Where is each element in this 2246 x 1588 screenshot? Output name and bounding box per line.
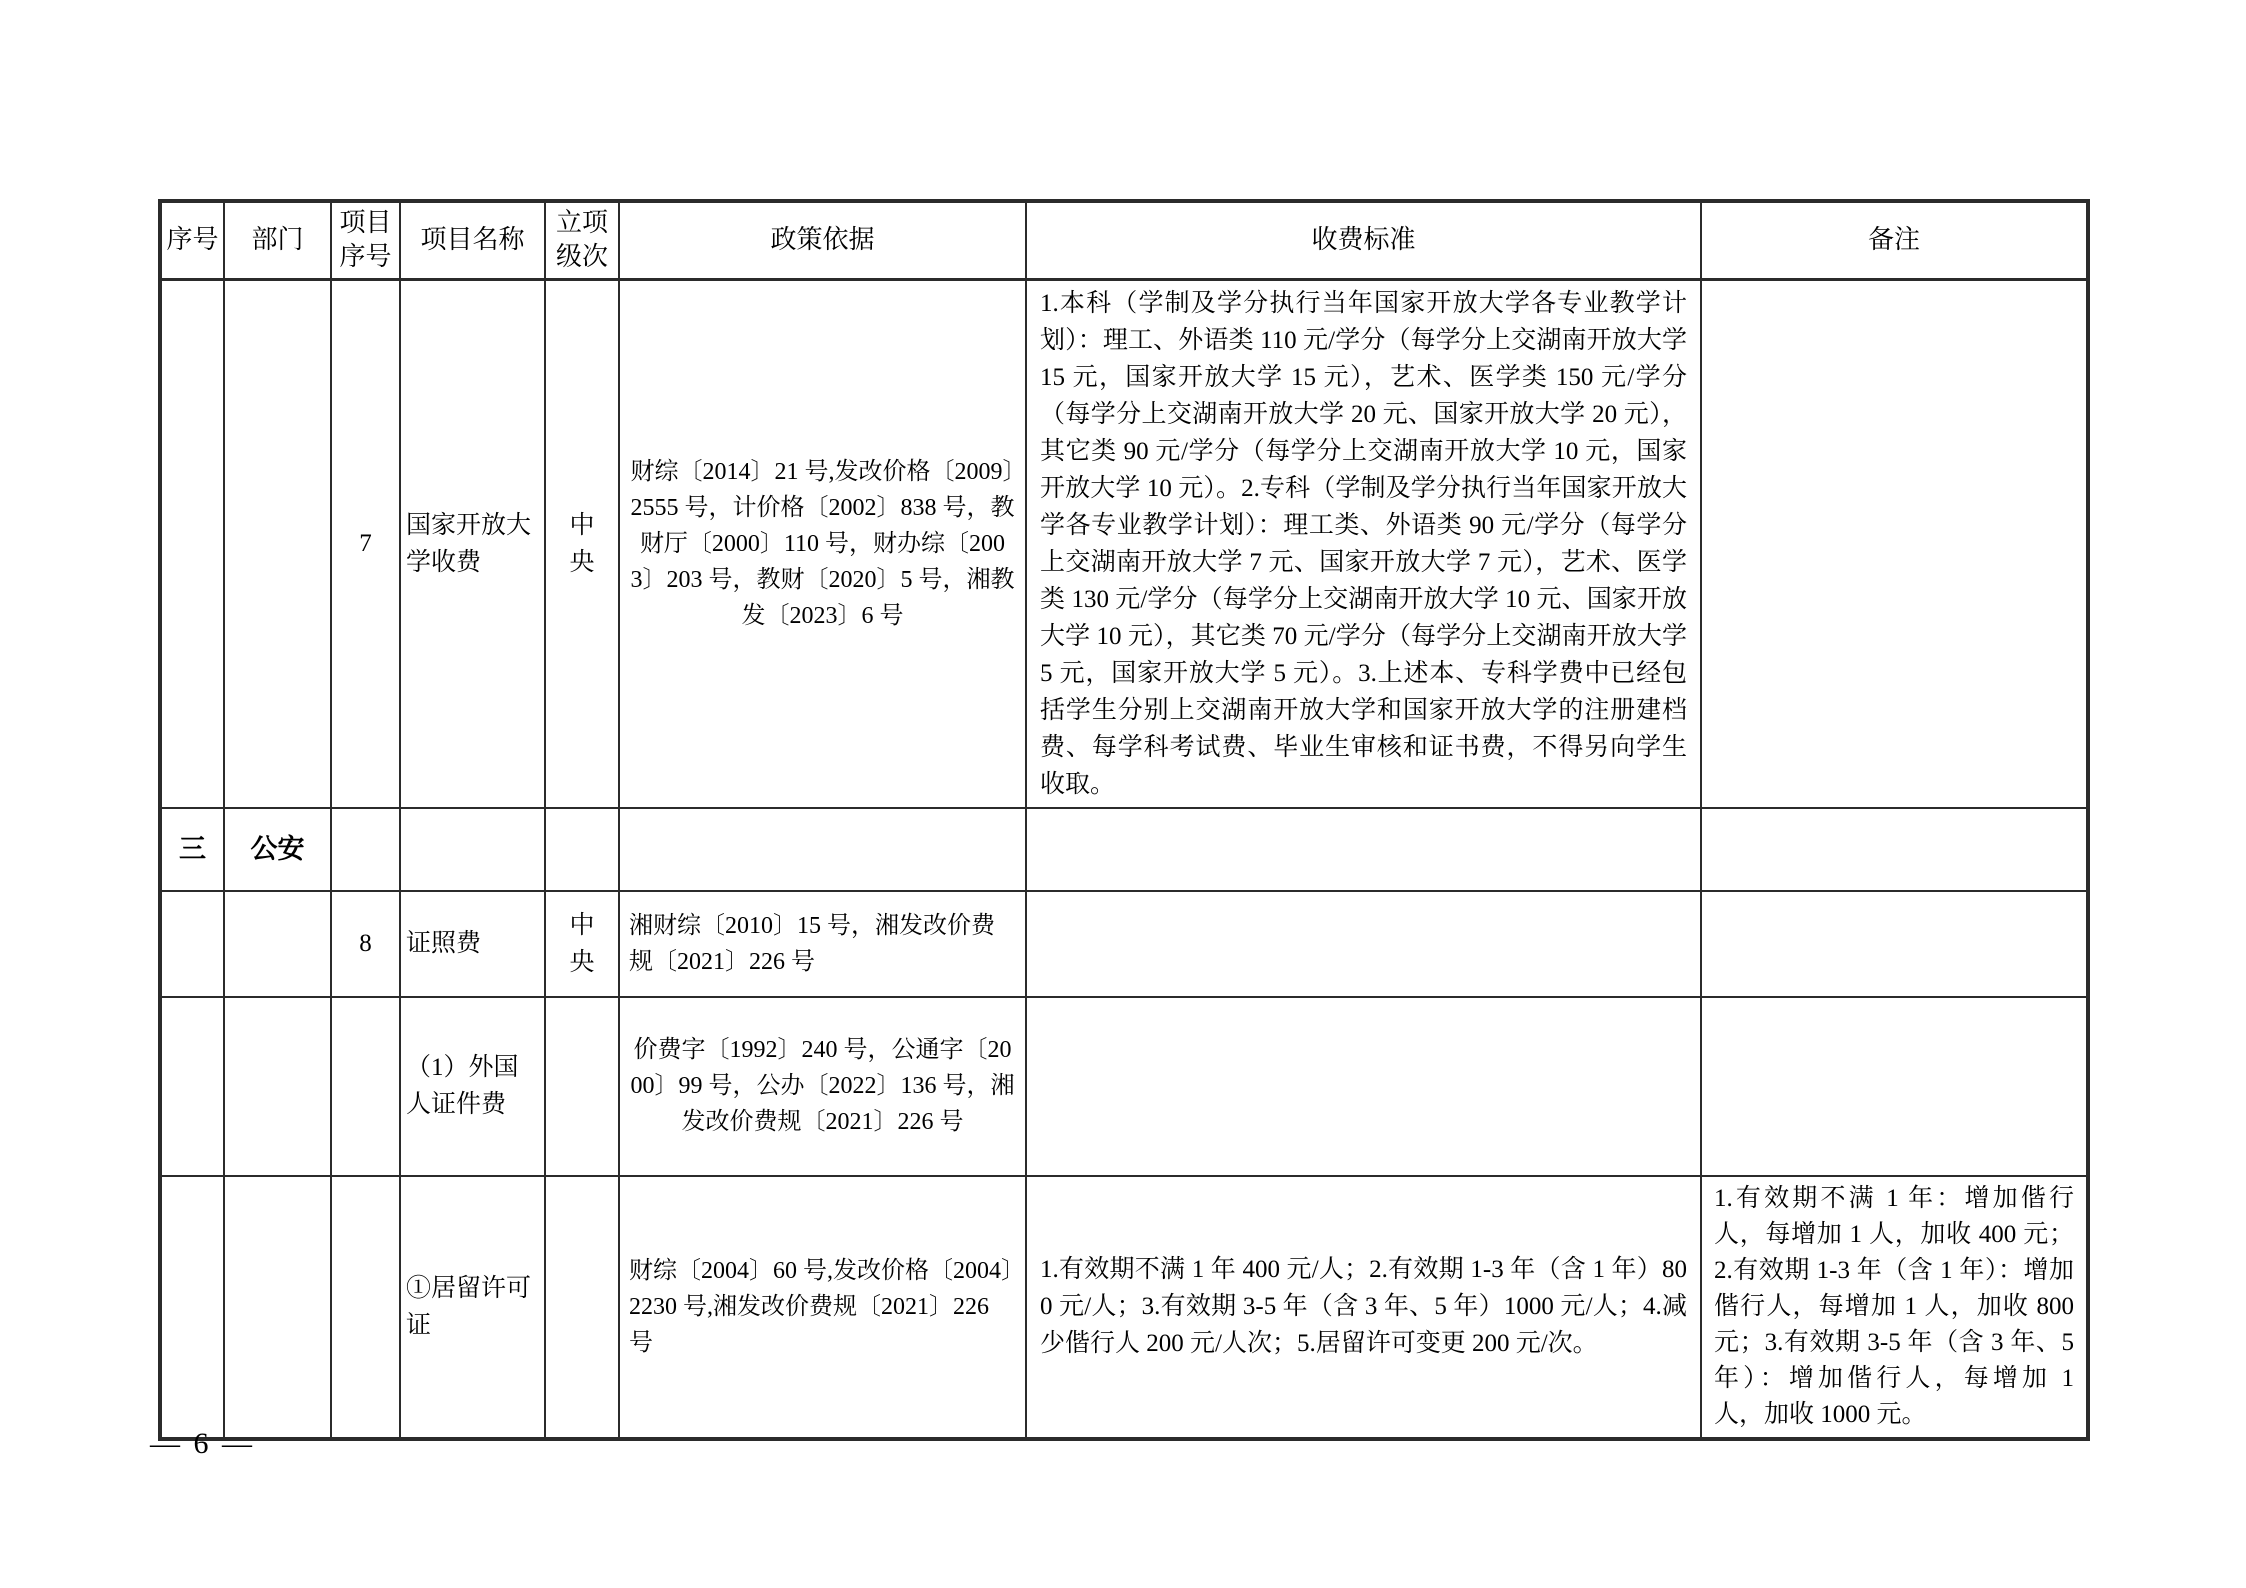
- cell-item-name: 证照费: [400, 891, 545, 997]
- cell-policy-basis: 湘财综〔2010〕15 号，湘发改价费规〔2021〕226 号: [619, 891, 1026, 997]
- fee-schedule-table: 序号 部门 项目 序号 项目名称 立项 级次 政策依据 收费标准 备注 7 国家…: [158, 199, 2090, 1441]
- cell-seq: [160, 1176, 224, 1439]
- header-remark: 备注: [1701, 201, 2088, 279]
- header-level: 立项 级次: [545, 201, 619, 279]
- cell-dept: [224, 997, 331, 1176]
- cell-item-no: [331, 808, 400, 891]
- table-row-section-gongan: 三 公安: [160, 808, 2088, 891]
- cell-seq: [160, 891, 224, 997]
- table-row-foreigner-certificate-fee: （1）外国人证件费 价费字〔1992〕240 号，公通字〔2000〕99 号，公…: [160, 997, 2088, 1176]
- cell-item-name: [400, 808, 545, 891]
- cell-policy-basis: [619, 808, 1026, 891]
- cell-policy-basis: 价费字〔1992〕240 号，公通字〔2000〕99 号，公办〔2022〕136…: [619, 997, 1026, 1176]
- cell-dept: [224, 1176, 331, 1439]
- cell-seq: [160, 997, 224, 1176]
- cell-remark: [1701, 891, 2088, 997]
- cell-item-no: 7: [331, 279, 400, 808]
- cell-remark: 1.有效期不满 1 年：增加偕行人，每增加 1 人，加收 400 元；2.有效期…: [1701, 1176, 2088, 1439]
- cell-fee-standard: [1026, 808, 1701, 891]
- document-page: { "page": { "footer_page_number": "— 6 —…: [0, 0, 2246, 1588]
- cell-remark: [1701, 808, 2088, 891]
- header-seq: 序号: [160, 201, 224, 279]
- table-row-residence-permit: ①居留许可证 财综〔2004〕60 号,发改价格〔2004〕2230 号,湘发改…: [160, 1176, 2088, 1439]
- cell-level: [545, 997, 619, 1176]
- cell-level: 中央: [545, 891, 619, 997]
- cell-item-no: [331, 1176, 400, 1439]
- cell-fee-standard: 1.本科（学制及学分执行当年国家开放大学各专业教学计划）：理工、外语类 110 …: [1026, 279, 1701, 808]
- cell-fee-standard: [1026, 891, 1701, 997]
- cell-level: [545, 1176, 619, 1439]
- cell-remark: [1701, 997, 2088, 1176]
- cell-item-name: （1）外国人证件费: [400, 997, 545, 1176]
- cell-fee-standard: [1026, 997, 1701, 1176]
- cell-item-no: [331, 997, 400, 1176]
- header-item-no: 项目 序号: [331, 201, 400, 279]
- table-row-item-7: 7 国家开放大学收费 中央 财综〔2014〕21 号,发改价格〔2009〕255…: [160, 279, 2088, 808]
- cell-level: 中央: [545, 279, 619, 808]
- cell-dept: [224, 279, 331, 808]
- header-dept: 部门: [224, 201, 331, 279]
- cell-item-name: ①居留许可证: [400, 1176, 545, 1439]
- cell-dept: [224, 891, 331, 997]
- cell-remark: [1701, 279, 2088, 808]
- cell-seq: 三: [160, 808, 224, 891]
- header-policy-basis: 政策依据: [619, 201, 1026, 279]
- page-number: — 6 —: [150, 1427, 255, 1461]
- cell-fee-standard: 1.有效期不满 1 年 400 元/人；2.有效期 1-3 年（含 1 年）80…: [1026, 1176, 1701, 1439]
- table-header-row: 序号 部门 项目 序号 项目名称 立项 级次 政策依据 收费标准 备注: [160, 201, 2088, 279]
- cell-item-no: 8: [331, 891, 400, 997]
- header-fee-standard: 收费标准: [1026, 201, 1701, 279]
- cell-level: [545, 808, 619, 891]
- cell-policy-basis: 财综〔2014〕21 号,发改价格〔2009〕2555 号，计价格〔2002〕8…: [619, 279, 1026, 808]
- cell-seq: [160, 279, 224, 808]
- table-row-item-8: 8 证照费 中央 湘财综〔2010〕15 号，湘发改价费规〔2021〕226 号: [160, 891, 2088, 997]
- cell-policy-basis: 财综〔2004〕60 号,发改价格〔2004〕2230 号,湘发改价费规〔202…: [619, 1176, 1026, 1439]
- cell-item-name: 国家开放大学收费: [400, 279, 545, 808]
- header-item-name: 项目名称: [400, 201, 545, 279]
- cell-dept: 公安: [224, 808, 331, 891]
